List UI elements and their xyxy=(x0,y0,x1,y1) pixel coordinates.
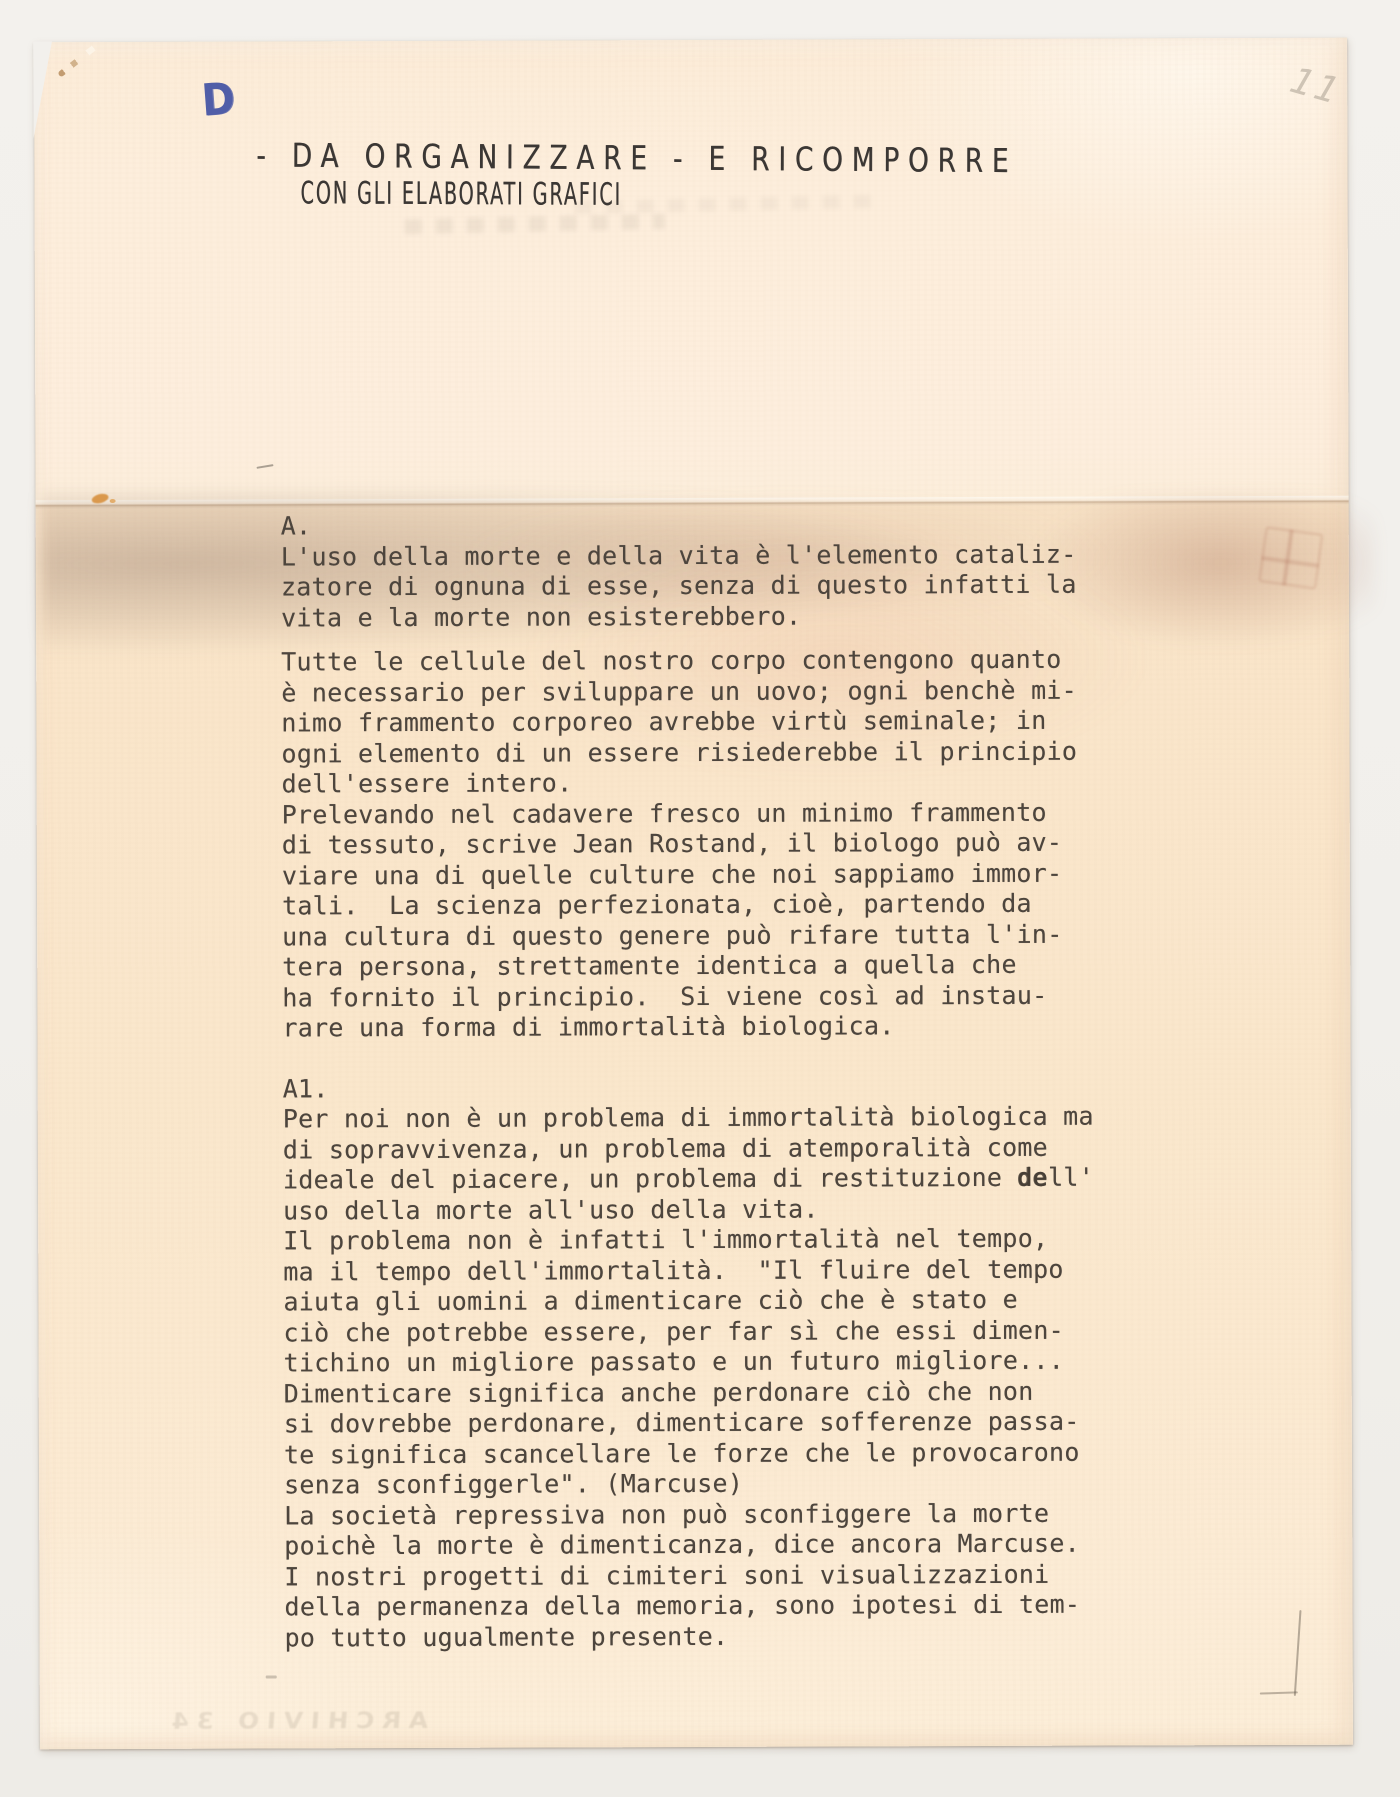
section-a1-heading: A1. xyxy=(283,1071,1183,1105)
photo-background: D 11 - DA ORGANIZZARE - E RICOMPORRE CON… xyxy=(0,0,1400,1797)
orange-ink-speck-small xyxy=(110,499,116,503)
archive-stamp-bleedthrough: ARCHIVIO 34 xyxy=(163,1709,429,1735)
section-a-paragraph-1: L'uso della morte e della vita è l'eleme… xyxy=(281,539,1181,634)
handwritten-letter-d: D xyxy=(200,75,236,125)
typewriter-overstrike: de xyxy=(1017,1163,1048,1194)
handwritten-note-line1: - DA ORGANIZZARE - E RICOMPORRE xyxy=(256,136,1017,181)
section-a-heading: A. xyxy=(281,508,1181,542)
typed-text-block: A. L'uso della morte e della vita è l'el… xyxy=(281,508,1185,1653)
section-a1-paragraph-1: Per noi non è un problema di immortalità… xyxy=(283,1101,1185,1653)
pencil-dash-mark-bottom xyxy=(266,1675,277,1678)
section-a-paragraph-2: Tutte le cellule del nostro corpo conten… xyxy=(281,644,1182,1044)
document-sheet: D 11 - DA ORGANIZZARE - E RICOMPORRE CON… xyxy=(34,38,1353,1750)
faded-stamp-ghost xyxy=(1258,526,1323,589)
